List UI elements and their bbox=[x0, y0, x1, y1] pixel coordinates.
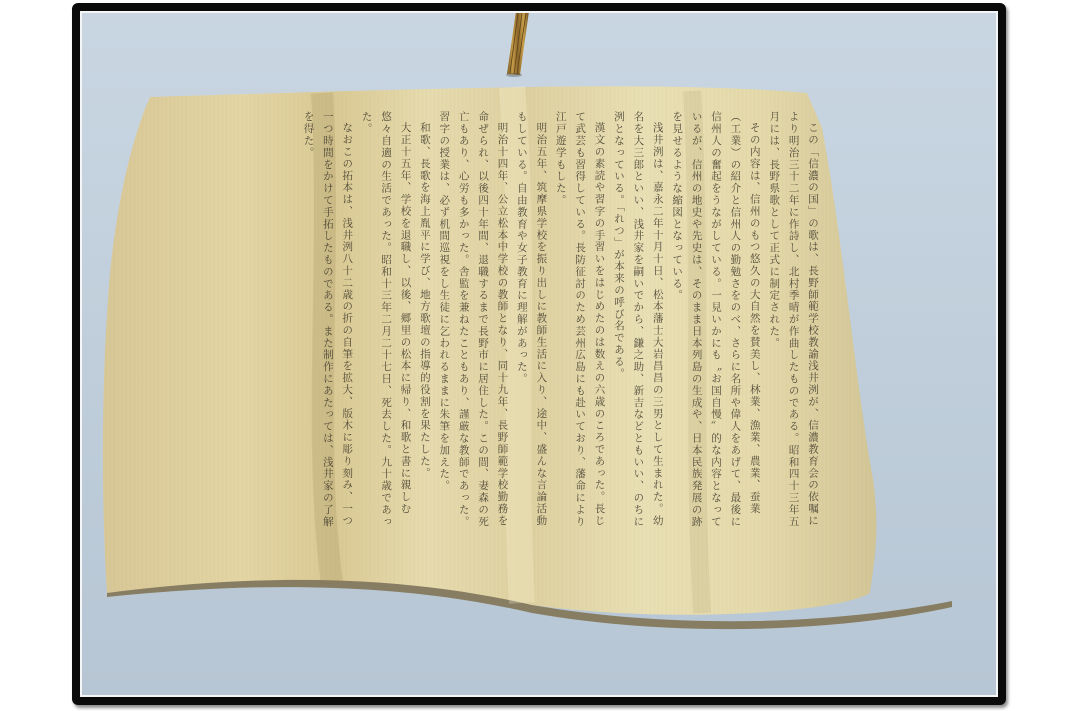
photo-backdrop: この「信濃の国」の歌は、長野師範学校教諭浅井洌が、信濃教育会の依嘱により明治三十… bbox=[82, 13, 996, 695]
paragraph-5: 明治五年、筑摩県学校を振り出しに教師生活に入り、途中、盛んな言論活動もしている。… bbox=[512, 111, 551, 531]
paragraph-9: なおこの拓本は、浅井洌八十二歳の折の自筆を拡大、版木に彫り刻み、一つ一つ時間をか… bbox=[298, 111, 356, 531]
vertical-text-body: この「信濃の国」の歌は、長野師範学校教諭浅井洌が、信濃教育会の依嘱により明治三十… bbox=[262, 111, 822, 531]
photo-frame: この「信濃の国」の歌は、長野師範学校教諭浅井洌が、信濃教育会の依嘱により明治三十… bbox=[72, 3, 1006, 705]
paragraph-3: 浅井洌は、嘉永二年十月十日、松本藩士大岩昌昌の三男として生まれた。幼名を大三郎と… bbox=[609, 111, 667, 531]
paragraph-2: その内容は、信州のもつ悠久の大自然を賛美し、林業、漁業、農業、蚕業（工業）の紹介… bbox=[667, 111, 764, 531]
paragraph-8: 大正十五年、学校を退職し、以後、郷里の松本に帰り、和歌と書に親しむ悠々自適の生活… bbox=[356, 111, 414, 531]
photo-mat: この「信濃の国」の歌は、長野師範学校教諭浅井洌が、信濃教育会の依嘱により明治三十… bbox=[80, 11, 998, 697]
paragraph-1: この「信濃の国」の歌は、長野師範学校教諭浅井洌が、信濃教育会の依嘱により明治三十… bbox=[764, 111, 822, 531]
paragraph-4: 漢文の素読や習字の手習いをはじめたのは数えの六歳のころであった。長じて武芸も習得… bbox=[550, 111, 608, 531]
paragraph-6: 明治十四年、公立松本中学校の教師となり、同十九年、長野師範学校勤務を命ぜられ、以… bbox=[434, 111, 512, 531]
paragraph-7: 和歌、長歌を海上胤平に学び、地方歌壇の指導的役割を果たした。 bbox=[414, 111, 433, 531]
